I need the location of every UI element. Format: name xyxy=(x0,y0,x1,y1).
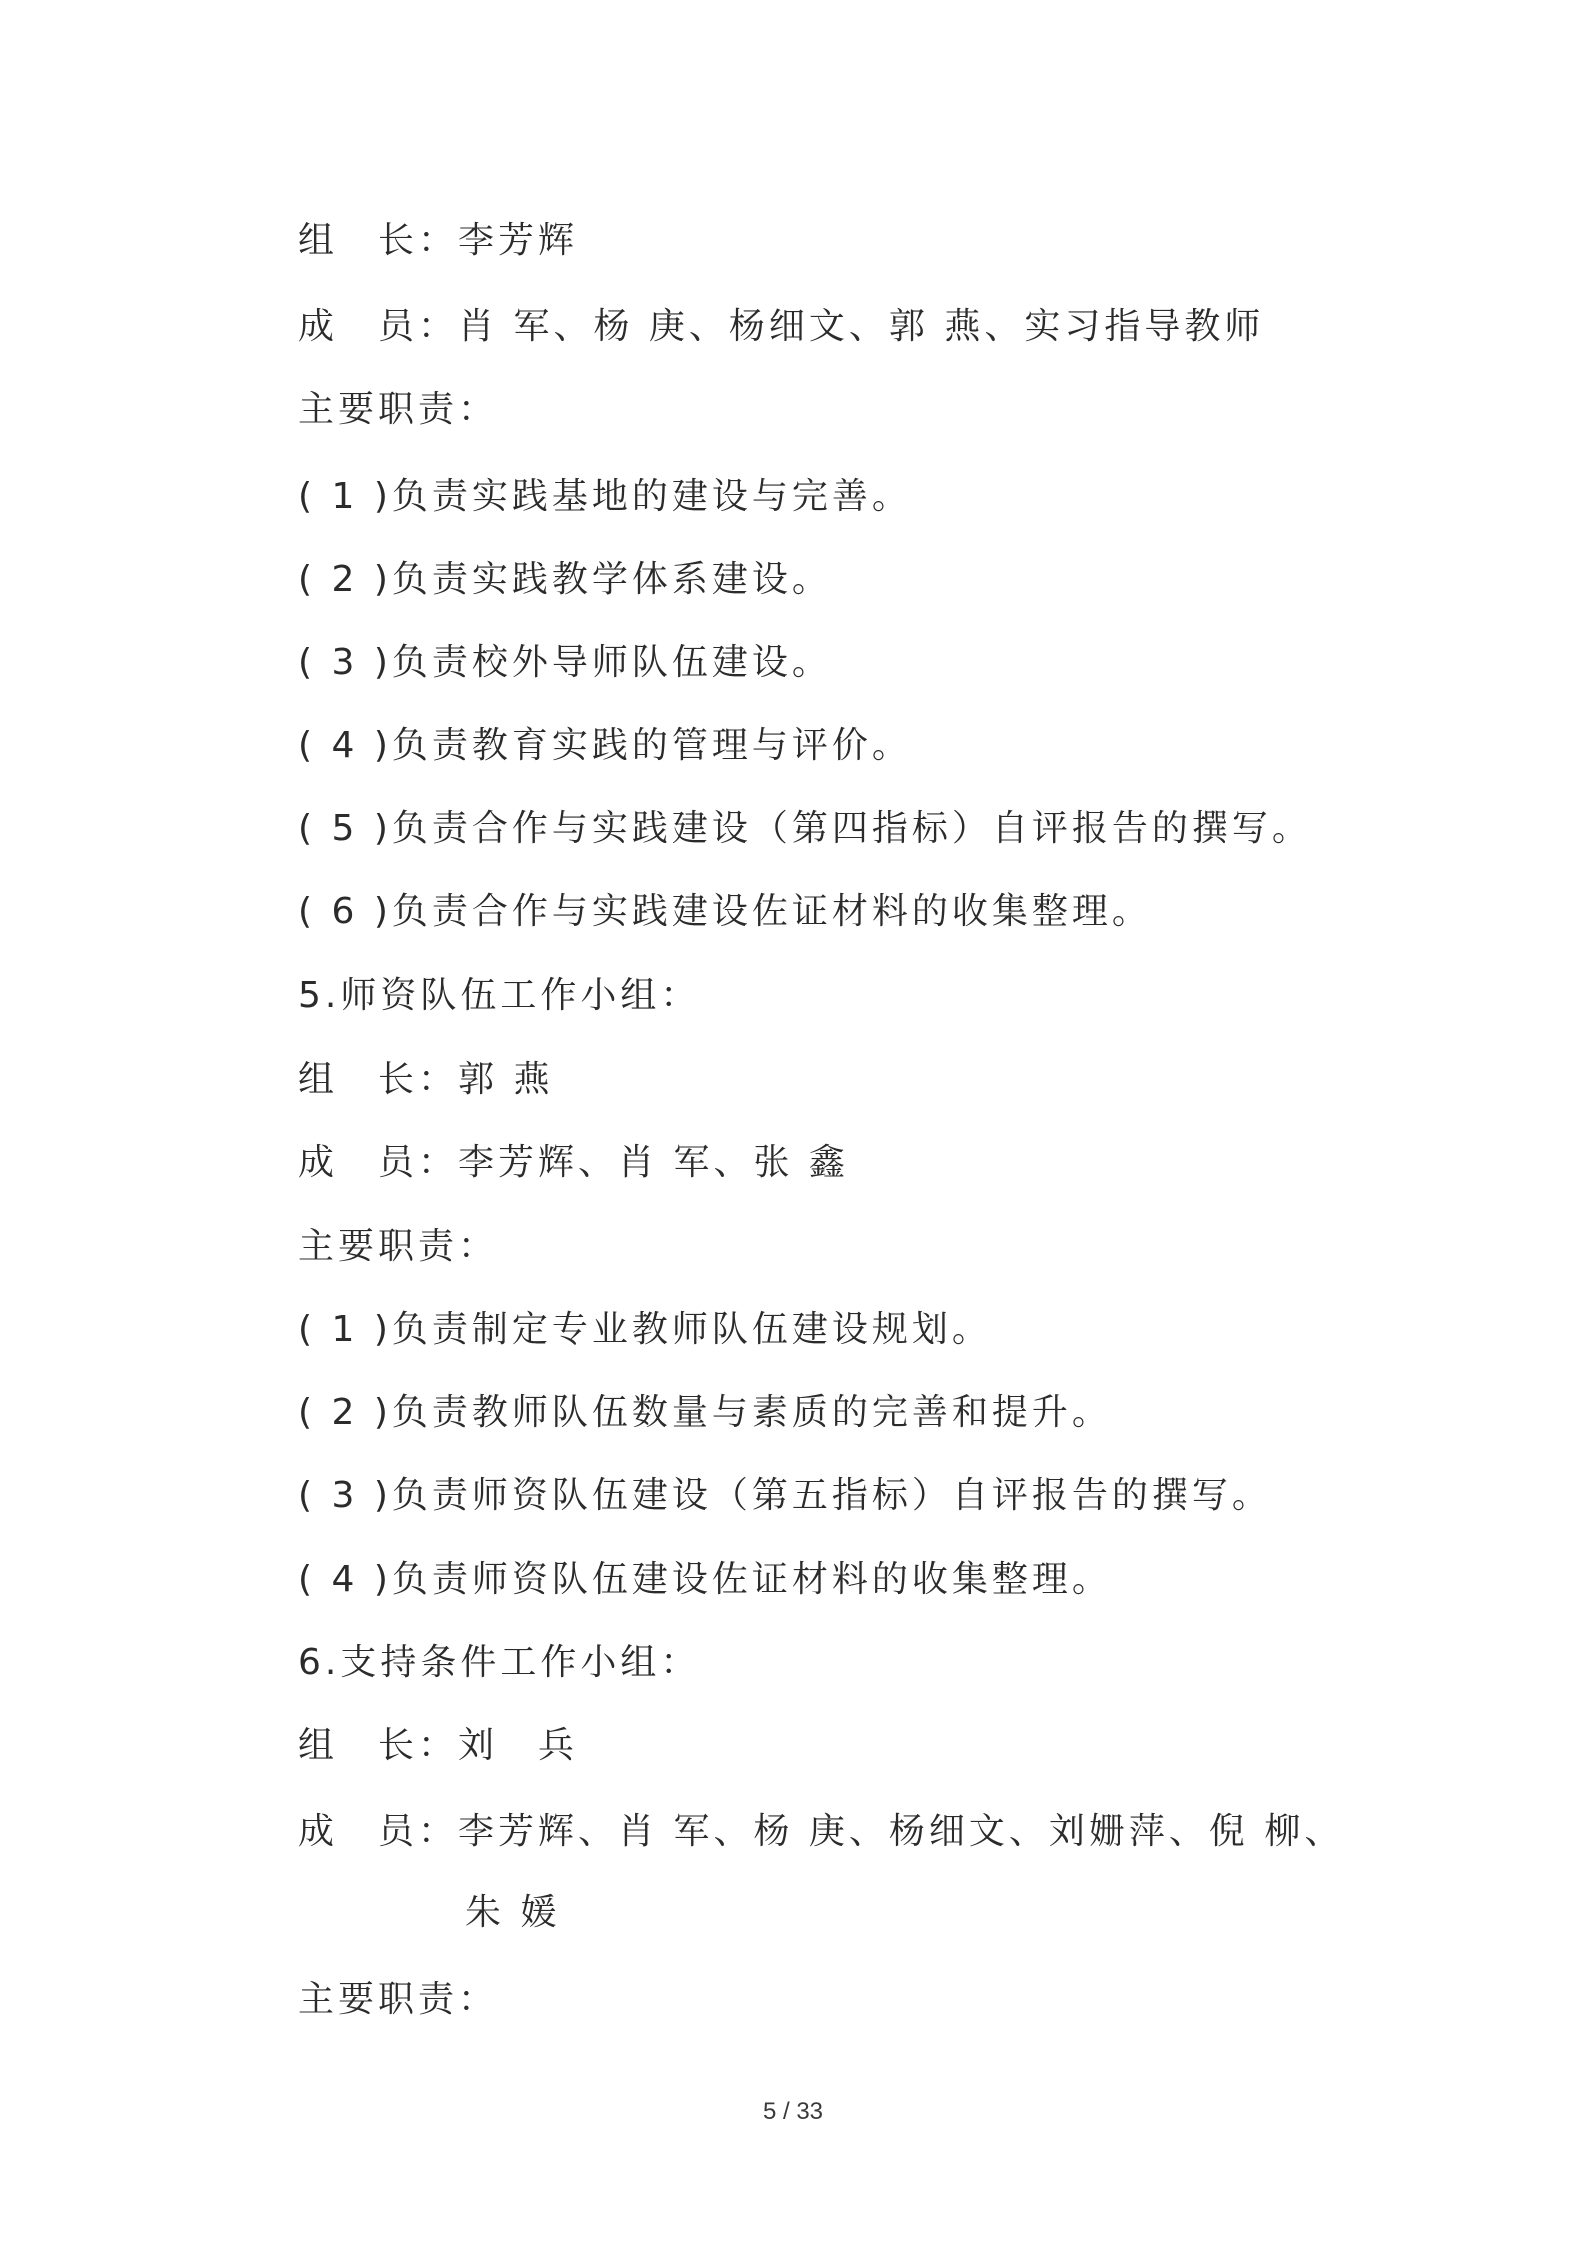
document-page: 组 长：李芳辉 成 员：肖 军、杨 庚、杨细文、郭 燕、实习指导教师 主要职责：… xyxy=(0,0,1586,2242)
duties-heading: 主要职责： xyxy=(298,1970,498,2030)
duties-heading: 主要职责： xyxy=(298,380,498,440)
duty-item: ( 5 )负责合作与实践建设（第四指标）自评报告的撰写。 xyxy=(298,799,1312,859)
duty-item: ( 1 )负责制定专业教师队伍建设规划。 xyxy=(298,1300,992,1360)
duty-item: ( 1 )负责实践基地的建设与完善。 xyxy=(298,467,912,527)
duty-item: ( 3 )负责校外导师队伍建设。 xyxy=(298,633,832,693)
duty-item: ( 4 )负责师资队伍建设佐证材料的收集整理。 xyxy=(298,1550,1112,1610)
group-leader-line: 组 长：李芳辉 xyxy=(298,211,578,271)
duty-item: ( 6 )负责合作与实践建设佐证材料的收集整理。 xyxy=(298,882,1152,942)
group-members-line: 成 员：李芳辉、肖 军、张 鑫 xyxy=(298,1133,849,1193)
section-heading-faculty: 5.师资队伍工作小组： xyxy=(298,966,700,1026)
duties-heading: 主要职责： xyxy=(298,1217,498,1277)
section-heading-support: 6.支持条件工作小组： xyxy=(298,1633,700,1693)
duty-item: ( 4 )负责教育实践的管理与评价。 xyxy=(298,716,912,776)
duty-item: ( 3 )负责师资队伍建设（第五指标）自评报告的撰写。 xyxy=(298,1466,1272,1526)
group-leader-line: 组 长：郭 燕 xyxy=(298,1050,553,1110)
duty-item: ( 2 )负责实践教学体系建设。 xyxy=(298,550,832,610)
duty-item: ( 2 )负责教师队伍数量与素质的完善和提升。 xyxy=(298,1383,1112,1443)
group-members-line: 成 员：李芳辉、肖 军、杨 庚、杨细文、刘姗萍、倪 柳、 xyxy=(298,1802,1344,1862)
page-number: 5 / 33 xyxy=(0,2098,1586,2126)
group-leader-line: 组 长：刘 兵 xyxy=(298,1716,578,1776)
group-members-line: 成 员：肖 军、杨 庚、杨细文、郭 燕、实习指导教师 xyxy=(298,297,1264,357)
group-members-continuation: 朱 媛 xyxy=(465,1883,560,1943)
